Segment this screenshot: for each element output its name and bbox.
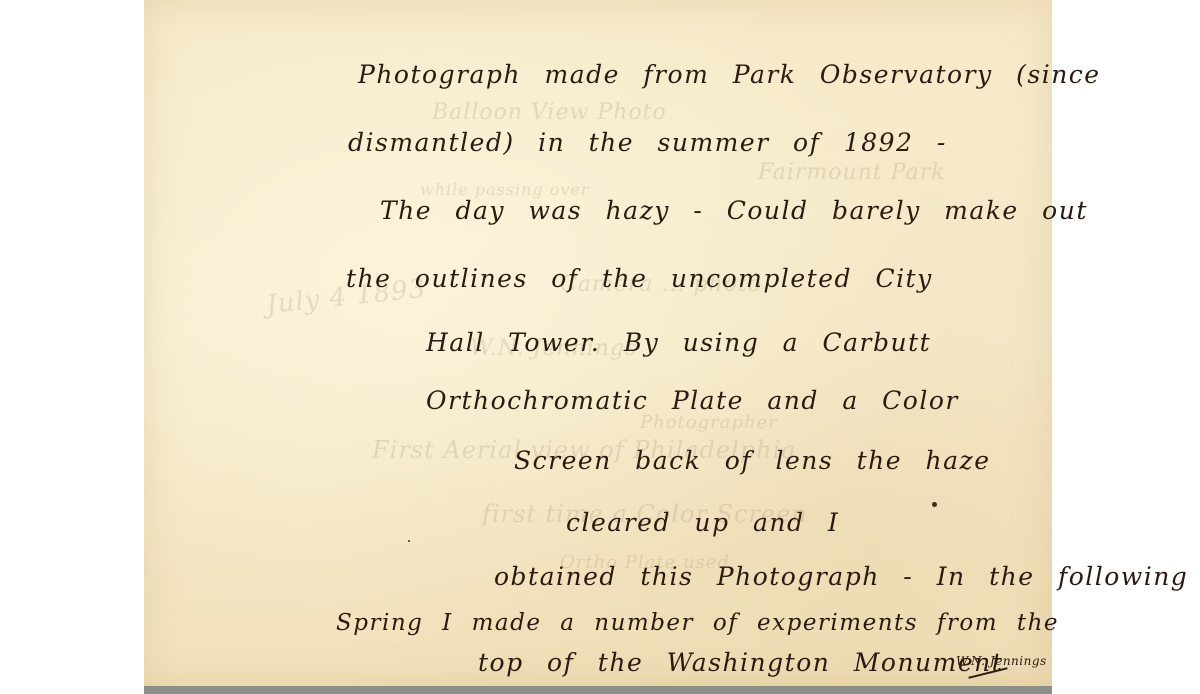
ink-speck [932,502,937,507]
handwritten-line-1: Photograph made from Park Observatory (s… [358,60,1101,89]
handwritten-line-8: cleared up and I [566,508,839,537]
handwritten-line-2: dismantled) in the summer of 1892 - [348,128,947,157]
bleed-through-text: Fairmount Park [758,160,946,185]
scan-bottom-edge [144,686,1052,694]
handwritten-line-11: top of the Washington Monument [478,648,1003,677]
handwritten-line-9: obtained this Photograph - In the follow… [494,562,1188,591]
handwritten-line-5: Hall Tower. By using a Carbutt [426,328,931,357]
handwritten-line-6: Orthochromatic Plate and a Color [426,386,959,415]
scan-canvas: Balloon View Photo Fairmount Park while … [0,0,1200,694]
bleed-through-text: Photographer [640,412,778,433]
bleed-through-text: Balloon View Photo [432,100,667,125]
handwritten-line-4: the outlines of the uncompleted City [346,264,933,293]
handwritten-line-3: The day was hazy - Could barely make out [380,196,1088,225]
signature: W.N. Jennings [956,654,1047,668]
ink-speck [408,540,410,542]
handwritten-line-10: Spring I made a number of experiments fr… [336,610,1059,636]
handwritten-line-7: Screen back of lens the haze [514,446,991,475]
